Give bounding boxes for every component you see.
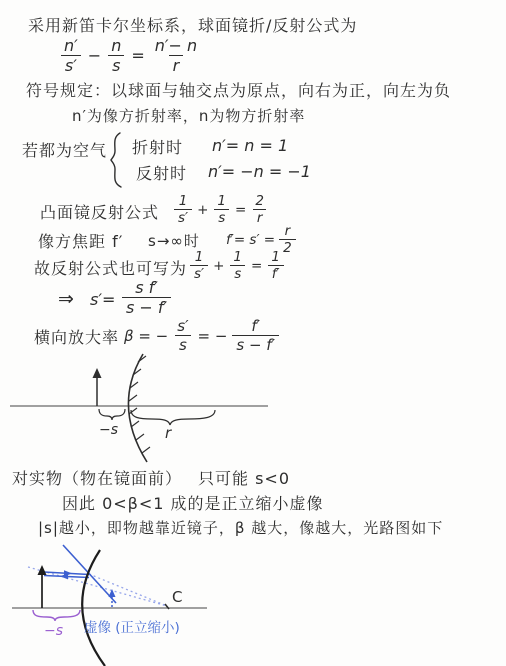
convex-mirror-label: 凸面镜反射公式	[40, 200, 159, 223]
sprime-formula: s f′s − f′	[122, 279, 171, 316]
s-brace	[33, 610, 80, 621]
radius-label: r	[165, 424, 172, 442]
mirror-arc	[128, 354, 147, 462]
refraction-case-label: 折射时	[132, 135, 183, 158]
magnification-label: 横向放大率	[34, 325, 119, 348]
sprime-pre: s′=	[90, 290, 115, 309]
reflection-case-label: 反射时	[136, 161, 187, 184]
rewrite-label: 故反射公式也可写为	[34, 256, 187, 279]
virtual-image-arrowhead-icon	[109, 589, 116, 597]
refractive-index-note: n′为像方折射率，n为物方折射率	[72, 105, 305, 126]
s-brace	[99, 409, 125, 420]
sign-convention-line: 符号规定：以球面与轴交点为原点，向右为正，向左为负	[26, 78, 451, 101]
rewrite-formula: 1s′ + 1s = 1f′	[190, 250, 284, 282]
r-brace	[131, 410, 215, 425]
handwritten-notes-page: 采用新笛卡尔坐标系，球面镜折/反射公式为 n′s′ − ns = n′− nr …	[0, 0, 506, 666]
real-object-line: 对实物（物在镜面前）	[12, 466, 182, 489]
mirror-diagram-1: −s r	[0, 348, 290, 468]
focal-length-label: 像方焦距 f′	[38, 229, 123, 252]
intro-line: 采用新笛卡尔坐标系，球面镜折/反射公式为	[28, 13, 357, 36]
s-distance-label: −s	[99, 422, 118, 438]
air-case-label: 若都为空气	[22, 138, 107, 161]
object-arrowhead-icon	[93, 368, 102, 378]
only-possible-line: 只可能 s<0	[198, 466, 290, 489]
implies-arrow: ⇒	[58, 288, 74, 310]
focal-condition: s→∞时	[148, 230, 200, 251]
convex-mirror-formula: 1s′ + 1s = 2r	[174, 194, 268, 226]
main-formula: n′s′ − ns = n′− nr	[60, 37, 201, 74]
mirror-hatch-marks	[129, 356, 150, 453]
s-distance-label: −s	[44, 623, 63, 639]
refraction-case-eq: n′= n = 1	[212, 136, 288, 155]
center-of-curvature-label: C	[172, 588, 182, 606]
virtual-extension-ray-2	[89, 574, 167, 606]
closer-object-line: |s|越小，即物越靠近镜子，β 越大，像越大，光路图如下	[38, 517, 443, 538]
virtual-image-caption: 虚像 (正立缩小)	[84, 619, 180, 636]
beta-range-line: 因此 0<β<1 成的是正立缩小虚像	[62, 491, 324, 514]
reflection-case-eq: n′= −n = −1	[208, 162, 311, 181]
case-brace	[108, 131, 126, 189]
ray-diagram: C −s 虚像 (正立缩小)	[0, 543, 240, 666]
